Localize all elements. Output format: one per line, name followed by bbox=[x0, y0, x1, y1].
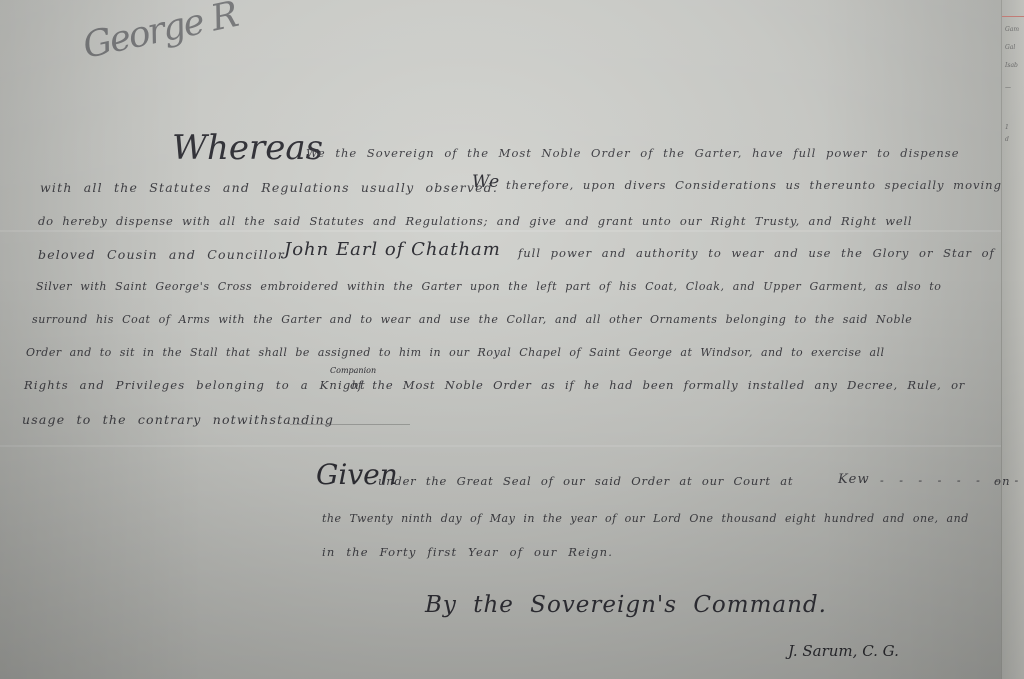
dating-line-2: the Twenty ninth day of May in the year … bbox=[322, 512, 969, 525]
margin-rule bbox=[1002, 16, 1024, 17]
body-line-7: Order and to sit in the Stall that shall… bbox=[26, 346, 885, 359]
dating-line-1: under the Great Seal of our said Order a… bbox=[378, 474, 793, 488]
body-line-5: Silver with Saint George's Cross embroid… bbox=[36, 280, 942, 293]
body-line-8-continuation: of the Most Noble Order as if he had bee… bbox=[350, 378, 965, 392]
body-line-4: beloved Cousin and Councillor bbox=[38, 247, 285, 262]
paper-fold bbox=[0, 230, 1024, 232]
body-line-4-continuation: full power and authority to wear and use… bbox=[518, 246, 995, 260]
ghost-text: Gam bbox=[1005, 26, 1019, 33]
adjacent-page-edge: Gam Gal Isab — 1 d bbox=[1001, 0, 1024, 679]
opening-initial-whereas: Whereas bbox=[172, 128, 323, 168]
ghost-text: Gal bbox=[1005, 44, 1015, 51]
document-sheet: Gam Gal Isab — 1 d George R Whereas We t… bbox=[0, 0, 1024, 679]
body-line-2: with all the Statutes and Regulations us… bbox=[40, 180, 498, 195]
second-initial-we: We bbox=[472, 172, 500, 192]
ghost-text: 1 bbox=[1005, 124, 1009, 131]
body-line-6: surround his Coat of Arms with the Garte… bbox=[32, 313, 912, 326]
body-line-1: We the Sovereign of the Most Noble Order… bbox=[306, 146, 960, 160]
body-line-3: do hereby dispense with all the said Sta… bbox=[38, 214, 912, 228]
dating-line-3: in the Forty first Year of our Reign. bbox=[322, 545, 613, 559]
ghost-text: d bbox=[1005, 136, 1009, 143]
line-filler-rule bbox=[290, 424, 410, 425]
paper-fold bbox=[0, 445, 1024, 447]
royal-sign-manual: George R bbox=[79, 0, 240, 67]
named-person: John Earl of Chatham bbox=[284, 239, 501, 260]
body-line-9: usage to the contrary notwithstanding bbox=[22, 412, 334, 427]
ghost-text: Isab bbox=[1005, 62, 1018, 69]
dating-place-tail: on bbox=[994, 474, 1011, 488]
interlinear-insertion: Companion bbox=[330, 366, 376, 375]
body-line-2-continuation: therefore, upon divers Considerations us… bbox=[506, 178, 1002, 192]
body-line-8: Rights and Privileges belonging to a Kni… bbox=[24, 378, 366, 392]
dating-place: Kew bbox=[838, 472, 870, 487]
countersignature: J. Sarum, C. G. bbox=[788, 642, 899, 660]
ghost-text: — bbox=[1005, 84, 1011, 91]
sovereigns-command: By the Sovereign's Command. bbox=[425, 592, 827, 618]
